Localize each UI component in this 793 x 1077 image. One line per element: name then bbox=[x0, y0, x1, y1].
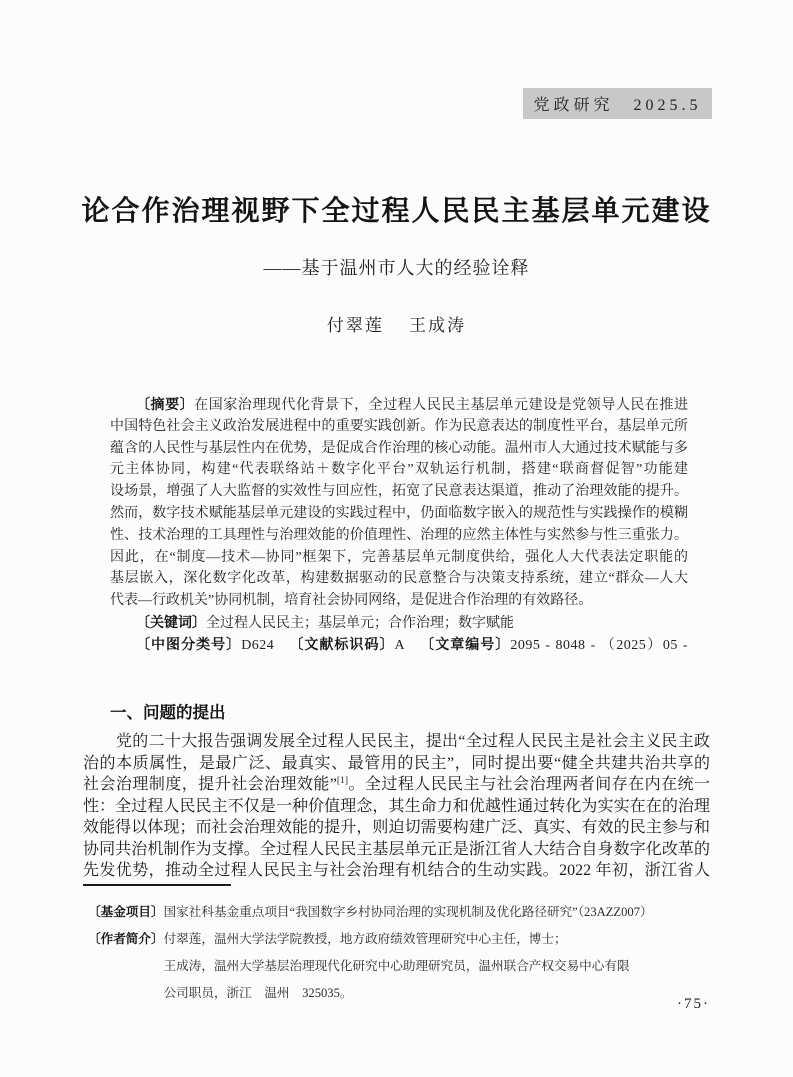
article-title: 论合作治理视野下全过程人民民主基层单元建设 bbox=[0, 189, 793, 229]
clc-label: 〔中图分类号〕 bbox=[136, 636, 241, 652]
keywords-label: 〔关键词〕 bbox=[136, 614, 206, 630]
body-line: 效能得以体现；而社会治理效能的提升，则迫切需要构建广泛、真实、有效的民主参与和 bbox=[83, 817, 710, 839]
article-id-label: 〔文章编号〕 bbox=[419, 636, 510, 652]
abstract-block: 〔摘要〕在国家治理现代化背景下，全过程人民民主基层单元建设是党领导人民在推进 中… bbox=[110, 394, 688, 656]
abstract-line: 代表—行政机关”协同机制，培育社会协同网络，是促进合作治理的有效路径。 bbox=[110, 590, 688, 612]
journal-name-issue: 党政研究 2025.5 bbox=[533, 92, 701, 115]
footnote-ref-1: [1] bbox=[337, 776, 348, 786]
abstract-line: 基层嵌入，深化数字化改革，构建数据驱动的民意整合与决策支持系统，建立“群众—人大 bbox=[110, 568, 688, 590]
keywords-text: 全过程人民民主；基层单元；合作治理；数字赋能 bbox=[206, 616, 514, 631]
abstract-line: 中国特色社会主义政治发展进程中的重要实践创新。作为民意表达的制度性平台，基层单元… bbox=[110, 416, 688, 438]
author-bio-line: 付翠莲，温州大学法学院教授，地方政府绩效管理研究中心主任，博士； bbox=[164, 926, 710, 953]
doc-code-label: 〔文献标识码〕 bbox=[288, 636, 394, 652]
keywords-line: 〔关键词〕全过程人民民主；基层单元；合作治理；数字赋能 bbox=[110, 612, 688, 634]
body-line: 协同共治机制作为支撑。全过程人民民主基层单元正是浙江省人大结合自身数字化改革的 bbox=[83, 839, 710, 861]
body-line: 党的二十大报告强调发展全过程人民民主，提出“全过程人民民主是社会主义民主政 bbox=[83, 731, 710, 753]
abstract-line: 元主体协同，构建“代表联络站＋数字化平台”双轨运行机制，搭建“联商督促智”功能建 bbox=[110, 459, 688, 481]
abstract-line: 性、技术治理的工具理性与治理效能的价值理性、治理的应然主体性与实然参与性三重张力… bbox=[110, 525, 688, 547]
fund-project-label: 〔基金项目〕 bbox=[88, 899, 164, 926]
footnote-separator bbox=[83, 884, 231, 886]
abstract-line: 然而，数字技术赋能基层单元建设的实践过程中，仍面临数字嵌入的规范性与实践操作的模… bbox=[110, 503, 688, 525]
clc-value: D624 bbox=[241, 638, 274, 653]
author-bio-row: 〔作者简介〕 付翠莲，温州大学法学院教授，地方政府绩效管理研究中心主任，博士； … bbox=[88, 926, 710, 1007]
abstract-label: 〔摘要〕 bbox=[136, 396, 194, 412]
fund-project-row: 〔基金项目〕 国家社科基金重点项目“我国数字乡村协同治理的实现机制及优化路径研究… bbox=[88, 899, 710, 926]
intro-paragraph: 党的二十大报告强调发展全过程人民民主，提出“全过程人民民主是社会主义民主政 治的… bbox=[83, 731, 710, 882]
abstract-line: 〔摘要〕在国家治理现代化背景下，全过程人民民主基层单元建设是党领导人民在推进 bbox=[110, 394, 688, 416]
doc-code-value: A bbox=[395, 638, 406, 653]
abstract-line: 设场景，增强了人大监督的实效性与回应性，拓宽了民意表达渠道，推动了治理效能的提升… bbox=[110, 481, 688, 503]
body-line: 性：全过程人民民主不仅是一种价值理念，其生命力和优越性通过转化为实实在在的治理 bbox=[83, 796, 710, 818]
section-heading: 一、问题的提出 bbox=[83, 699, 710, 723]
footnotes-block: 〔基金项目〕 国家社科基金重点项目“我国数字乡村协同治理的实现机制及优化路径研究… bbox=[88, 899, 710, 1007]
article-subtitle: ——基于温州市人大的经验诠释 bbox=[0, 254, 793, 280]
journal-page: 党政研究 2025.5 论合作治理视野下全过程人民民主基层单元建设 ——基于温州… bbox=[0, 0, 793, 1077]
author-bio-label: 〔作者简介〕 bbox=[88, 926, 164, 953]
article-authors: 付翠莲 王成涛 bbox=[0, 311, 793, 336]
page-number: ·75· bbox=[0, 996, 710, 1013]
fund-project-text: 国家社科基金重点项目“我国数字乡村协同治理的实现机制及优化路径研究”（23AZZ… bbox=[164, 899, 710, 926]
abstract-line: 因此，在“制度—技术—协同”框架下，完善基层单元制度供给，强化人大代表法定职能的 bbox=[110, 547, 688, 569]
body-line: 治的本质属性，是最广泛、最真实、最管用的民主”，同时提出要“健全共建共治共享的 bbox=[83, 753, 710, 775]
classification-line: 〔中图分类号〕D624〔文献标识码〕A〔文章编号〕2095 - 8048 - （… bbox=[110, 634, 688, 656]
body-line: 社会治理制度，提升社会治理效能”[1]。全过程人民民主与社会治理两者间存在内在统… bbox=[83, 774, 710, 796]
journal-header-badge: 党政研究 2025.5 bbox=[523, 88, 712, 119]
abstract-line: 蕴含的人民性与基层性内在优势，是促成合作治理的核心动能。温州市人大通过技术赋能与… bbox=[110, 438, 688, 460]
body-line: 先发优势，推动全过程人民民主与社会治理有机结合的生动实践。2022 年初，浙江省… bbox=[83, 860, 710, 882]
author-bio-line: 王成涛，温州大学基层治理现代化研究中心助理研究员，温州联合产权交易中心有限 bbox=[164, 953, 710, 980]
